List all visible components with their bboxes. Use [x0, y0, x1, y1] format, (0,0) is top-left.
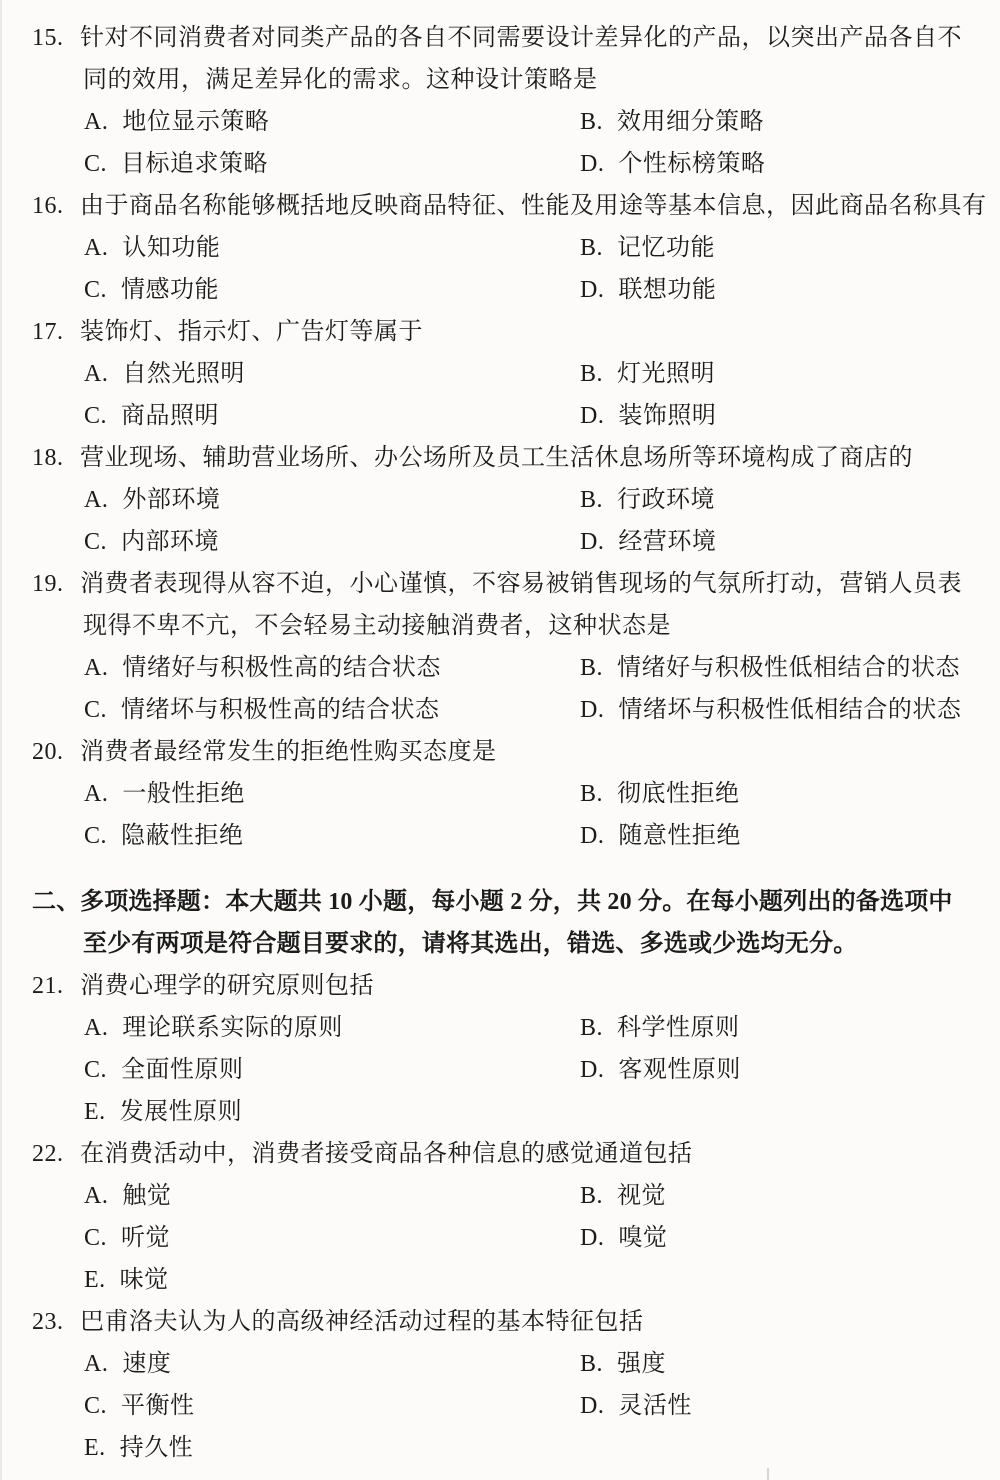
- question-block-18: 18. 营业现场、辅助营业场所、办公场所及员工生活休息场所等环境构成了商店的 A…: [2, 437, 1000, 563]
- options-row: A. 自然光照明 B. 灯光照明: [2, 353, 1000, 395]
- options-row: E. 味觉: [2, 1259, 1000, 1301]
- question-text-line: 消费者最经常发生的拒绝性购买态度是: [80, 731, 497, 773]
- option-text: 情绪好与积极性低相结合的状态: [617, 647, 960, 689]
- option-d: D. 随意性拒绝: [580, 815, 741, 857]
- options-row: C. 情绪坏与积极性高的结合状态 D. 情绪坏与积极性低相结合的状态: [2, 689, 1000, 731]
- option-d: D. 客观性原则: [580, 1049, 741, 1091]
- option-text: 强度: [617, 1343, 666, 1385]
- options-row: C. 商品照明 D. 装饰照明: [2, 395, 1000, 437]
- option-label: A.: [84, 353, 108, 395]
- question-block-16: 16. 由于商品名称能够概括地反映商品特征、性能及用途等基本信息，因此商品名称具…: [2, 185, 1000, 311]
- option-label: B.: [580, 1175, 603, 1217]
- options-row: C. 目标追求策略 D. 个性标榜策略: [2, 143, 1000, 185]
- options-row: C. 全面性原则 D. 客观性原则: [2, 1049, 1000, 1091]
- question-number: 23.: [32, 1301, 64, 1343]
- option-a: A. 外部环境: [84, 479, 220, 521]
- option-a: A. 自然光照明: [84, 353, 245, 395]
- option-d: D. 经营环境: [580, 521, 716, 563]
- option-label: D.: [580, 395, 604, 437]
- option-b: B. 情绪好与积极性低相结合的状态: [580, 647, 960, 689]
- question-text-line: 同的效用，满足差异化的需求。这种设计策略是: [83, 59, 598, 101]
- option-text: 目标追求策略: [121, 143, 268, 185]
- option-label: A.: [84, 1343, 108, 1385]
- question-text-line: 针对不同消费者对同类产品的各自不同需要设计差异化的产品，以突出产品各自不: [80, 17, 962, 59]
- question-line: 17. 装饰灯、指示灯、广告灯等属于: [2, 311, 1000, 353]
- options-row: A. 速度 B. 强度: [2, 1343, 1000, 1385]
- question-text-line: 消费心理学的研究原则包括: [80, 965, 374, 1007]
- question-number: 20.: [32, 731, 64, 773]
- section-heading-line: 二、 多项选择题：本大题共 10 小题，每小题 2 分，共 20 分。在每小题列…: [2, 881, 1000, 923]
- question-number: 17.: [32, 311, 64, 353]
- option-label: C.: [84, 143, 107, 185]
- options-row: C. 内部环境 D. 经营环境: [2, 521, 1000, 563]
- option-label: A.: [84, 479, 108, 521]
- option-text: 情绪坏与积极性高的结合状态: [121, 689, 440, 731]
- option-label: E.: [84, 1427, 106, 1469]
- option-label: A.: [84, 101, 108, 143]
- option-b: B. 记忆功能: [580, 227, 715, 269]
- option-d: D. 嗅觉: [580, 1217, 667, 1259]
- question-block-17: 17. 装饰灯、指示灯、广告灯等属于 A. 自然光照明 B. 灯光照明 C. 商…: [2, 311, 1000, 437]
- question-line: 20. 消费者最经常发生的拒绝性购买态度是: [2, 731, 1000, 773]
- option-label: C.: [84, 689, 107, 731]
- option-e: E. 味觉: [84, 1259, 169, 1301]
- option-text: 灯光照明: [617, 353, 715, 395]
- question-number: 15.: [32, 17, 64, 59]
- option-label: D.: [580, 269, 604, 311]
- option-d: D. 联想功能: [580, 269, 716, 311]
- option-e: E. 持久性: [84, 1427, 193, 1469]
- option-label: A.: [84, 1175, 108, 1217]
- option-a: A. 一般性拒绝: [84, 773, 245, 815]
- question-line: 21. 消费心理学的研究原则包括: [2, 965, 1000, 1007]
- question-line: 16. 由于商品名称能够概括地反映商品特征、性能及用途等基本信息，因此商品名称具…: [2, 185, 1000, 227]
- options-row: A. 外部环境 B. 行政环境: [2, 479, 1000, 521]
- option-d: D. 情绪坏与积极性低相结合的状态: [580, 689, 961, 731]
- option-d: D. 灵活性: [580, 1385, 692, 1427]
- option-label: B.: [580, 479, 603, 521]
- option-c: C. 隐蔽性拒绝: [84, 815, 244, 857]
- options-row: A. 地位显示策略 B. 效用细分策略: [2, 101, 1000, 143]
- question-line: 同的效用，满足差异化的需求。这种设计策略是: [2, 59, 1000, 101]
- options-row: A. 理论联系实际的原则 B. 科学性原则: [2, 1007, 1000, 1049]
- question-number: 16.: [32, 185, 64, 227]
- option-label: B.: [580, 773, 603, 815]
- question-number: 22.: [32, 1133, 64, 1175]
- option-text: 内部环境: [121, 521, 219, 563]
- question-block-21: 21. 消费心理学的研究原则包括 A. 理论联系实际的原则 B. 科学性原则 C…: [2, 965, 1000, 1133]
- option-c: C. 平衡性: [84, 1385, 195, 1427]
- option-text: 嗅觉: [618, 1217, 667, 1259]
- option-b: B. 强度: [580, 1343, 666, 1385]
- exam-paper-page: 15. 针对不同消费者对同类产品的各自不同需要设计差异化的产品，以突出产品各自不…: [0, 0, 1000, 1480]
- question-text-line: 巴甫洛夫认为人的高级神经活动过程的基本特征包括: [80, 1301, 644, 1343]
- question-text-line: 由于商品名称能够概括地反映商品特征、性能及用途等基本信息，因此商品名称具有: [80, 185, 987, 227]
- options-row: A. 触觉 B. 视觉: [2, 1175, 1000, 1217]
- option-text: 理论联系实际的原则: [122, 1007, 343, 1049]
- option-c: C. 情绪坏与积极性高的结合状态: [84, 689, 440, 731]
- options-row: A. 情绪好与积极性高的结合状态 B. 情绪好与积极性低相结合的状态: [2, 647, 1000, 689]
- question-block-22: 22. 在消费活动中，消费者接受商品各种信息的感觉通道包括 A. 触觉 B. 视…: [2, 1133, 1000, 1301]
- option-text: 情感功能: [121, 269, 219, 311]
- option-text: 平衡性: [121, 1385, 195, 1427]
- option-label: C.: [84, 269, 107, 311]
- option-label: A.: [84, 1007, 108, 1049]
- option-text: 发展性原则: [120, 1091, 243, 1133]
- option-label: C.: [84, 815, 107, 857]
- option-c: C. 内部环境: [84, 521, 219, 563]
- option-label: B.: [580, 101, 603, 143]
- option-text: 效用细分策略: [617, 101, 764, 143]
- option-label: D.: [580, 1217, 604, 1259]
- option-text: 隐蔽性拒绝: [121, 815, 244, 857]
- question-line: 18. 营业现场、辅助营业场所、办公场所及员工生活休息场所等环境构成了商店的: [2, 437, 1000, 479]
- options-row: A. 认知功能 B. 记忆功能: [2, 227, 1000, 269]
- question-number: 21.: [32, 965, 64, 1007]
- option-text: 全面性原则: [121, 1049, 244, 1091]
- option-text: 记忆功能: [617, 227, 715, 269]
- option-text: 随意性拒绝: [618, 815, 741, 857]
- option-label: E.: [84, 1091, 106, 1133]
- option-c: C. 情感功能: [84, 269, 219, 311]
- option-text: 彻底性拒绝: [617, 773, 740, 815]
- option-text: 外部环境: [122, 479, 220, 521]
- section-number: 二、: [32, 881, 80, 923]
- scan-artifact-line: [767, 1468, 769, 1480]
- question-number: 19.: [32, 563, 64, 605]
- option-a: A. 理论联系实际的原则: [84, 1007, 343, 1049]
- option-b: B. 行政环境: [580, 479, 715, 521]
- question-block-23: 23. 巴甫洛夫认为人的高级神经活动过程的基本特征包括 A. 速度 B. 强度 …: [2, 1301, 1000, 1469]
- option-d: D. 装饰照明: [580, 395, 716, 437]
- option-text: 一般性拒绝: [122, 773, 245, 815]
- option-text: 科学性原则: [617, 1007, 740, 1049]
- option-a: A. 速度: [84, 1343, 171, 1385]
- option-label: D.: [580, 521, 604, 563]
- option-label: C.: [84, 1049, 107, 1091]
- option-label: D.: [580, 1049, 604, 1091]
- options-row: E. 持久性: [2, 1427, 1000, 1469]
- option-label: C.: [84, 1217, 107, 1259]
- question-text-line: 营业现场、辅助营业场所、办公场所及员工生活休息场所等环境构成了商店的: [80, 437, 913, 479]
- option-label: B.: [580, 1343, 603, 1385]
- option-label: B.: [580, 227, 603, 269]
- question-line: 15. 针对不同消费者对同类产品的各自不同需要设计差异化的产品，以突出产品各自不: [2, 17, 1000, 59]
- question-text-line: 消费者表现得从容不迫，小心谨慎，不容易被销售现场的气氛所打动，营销人员表: [80, 563, 962, 605]
- option-label: B.: [580, 353, 603, 395]
- option-text: 联想功能: [618, 269, 716, 311]
- question-line: 现得不卑不亢，不会轻易主动接触消费者，这种状态是: [2, 605, 1000, 647]
- option-b: B. 彻底性拒绝: [580, 773, 740, 815]
- options-row: C. 平衡性 D. 灵活性: [2, 1385, 1000, 1427]
- option-label: D.: [580, 815, 604, 857]
- option-a: A. 地位显示策略: [84, 101, 269, 143]
- options-row: C. 情感功能 D. 联想功能: [2, 269, 1000, 311]
- question-line: 19. 消费者表现得从容不迫，小心谨慎，不容易被销售现场的气氛所打动，营销人员表: [2, 563, 1000, 605]
- option-a: A. 情绪好与积极性高的结合状态: [84, 647, 441, 689]
- option-label: B.: [580, 1007, 603, 1049]
- question-block-20: 20. 消费者最经常发生的拒绝性购买态度是 A. 一般性拒绝 B. 彻底性拒绝 …: [2, 731, 1000, 857]
- option-text: 速度: [122, 1343, 171, 1385]
- question-text-line: 装饰灯、指示灯、广告灯等属于: [80, 311, 423, 353]
- section-heading-text: 多项选择题：本大题共 10 小题，每小题 2 分，共 20 分。在每小题列出的备…: [80, 881, 953, 923]
- option-text: 味觉: [120, 1259, 169, 1301]
- option-text: 触觉: [122, 1175, 171, 1217]
- option-text: 情绪好与积极性高的结合状态: [122, 647, 441, 689]
- question-block-19: 19. 消费者表现得从容不迫，小心谨慎，不容易被销售现场的气氛所打动，营销人员表…: [2, 563, 1000, 731]
- option-a: A. 触觉: [84, 1175, 171, 1217]
- option-text: 行政环境: [617, 479, 715, 521]
- option-text: 灵活性: [618, 1385, 692, 1427]
- question-number: 18.: [32, 437, 64, 479]
- question-line: 22. 在消费活动中，消费者接受商品各种信息的感觉通道包括: [2, 1133, 1000, 1175]
- question-block-15: 15. 针对不同消费者对同类产品的各自不同需要设计差异化的产品，以突出产品各自不…: [2, 17, 1000, 185]
- options-row: E. 发展性原则: [2, 1091, 1000, 1133]
- option-text: 认知功能: [122, 227, 220, 269]
- option-label: C.: [84, 1385, 107, 1427]
- option-b: B. 效用细分策略: [580, 101, 764, 143]
- option-d: D. 个性标榜策略: [580, 143, 765, 185]
- options-row: C. 听觉 D. 嗅觉: [2, 1217, 1000, 1259]
- option-label: A.: [84, 227, 108, 269]
- options-row: A. 一般性拒绝 B. 彻底性拒绝: [2, 773, 1000, 815]
- option-label: D.: [580, 689, 604, 731]
- question-text-line: 现得不卑不亢，不会轻易主动接触消费者，这种状态是: [83, 605, 671, 647]
- option-text: 客观性原则: [618, 1049, 741, 1091]
- option-label: D.: [580, 1385, 604, 1427]
- section-two-heading: 二、 多项选择题：本大题共 10 小题，每小题 2 分，共 20 分。在每小题列…: [2, 881, 1000, 965]
- option-c: C. 目标追求策略: [84, 143, 268, 185]
- option-label: A.: [84, 773, 108, 815]
- option-b: B. 灯光照明: [580, 353, 715, 395]
- option-c: C. 商品照明: [84, 395, 219, 437]
- option-a: A. 认知功能: [84, 227, 220, 269]
- option-text: 自然光照明: [122, 353, 245, 395]
- option-text: 持久性: [120, 1427, 194, 1469]
- options-row: C. 隐蔽性拒绝 D. 随意性拒绝: [2, 815, 1000, 857]
- option-label: E.: [84, 1259, 106, 1301]
- option-text: 视觉: [617, 1175, 666, 1217]
- option-b: B. 视觉: [580, 1175, 666, 1217]
- option-text: 商品照明: [121, 395, 219, 437]
- section-heading-line: 至少有两项是符合题目要求的，请将其选出，错选、多选或少选均无分。: [2, 923, 1000, 965]
- option-text: 个性标榜策略: [618, 143, 765, 185]
- option-b: B. 科学性原则: [580, 1007, 740, 1049]
- option-label: A.: [84, 647, 108, 689]
- option-e: E. 发展性原则: [84, 1091, 242, 1133]
- option-c: C. 听觉: [84, 1217, 170, 1259]
- option-text: 情绪坏与积极性低相结合的状态: [618, 689, 961, 731]
- question-line: 23. 巴甫洛夫认为人的高级神经活动过程的基本特征包括: [2, 1301, 1000, 1343]
- option-label: C.: [84, 521, 107, 563]
- option-label: D.: [580, 143, 604, 185]
- option-text: 装饰照明: [618, 395, 716, 437]
- option-c: C. 全面性原则: [84, 1049, 244, 1091]
- question-text-line: 在消费活动中，消费者接受商品各种信息的感觉通道包括: [80, 1133, 693, 1175]
- option-label: B.: [580, 647, 603, 689]
- section-heading-text: 至少有两项是符合题目要求的，请将其选出，错选、多选或少选均无分。: [83, 923, 857, 965]
- option-text: 听觉: [121, 1217, 170, 1259]
- option-text: 地位显示策略: [122, 101, 269, 143]
- option-label: C.: [84, 395, 107, 437]
- option-text: 经营环境: [618, 521, 716, 563]
